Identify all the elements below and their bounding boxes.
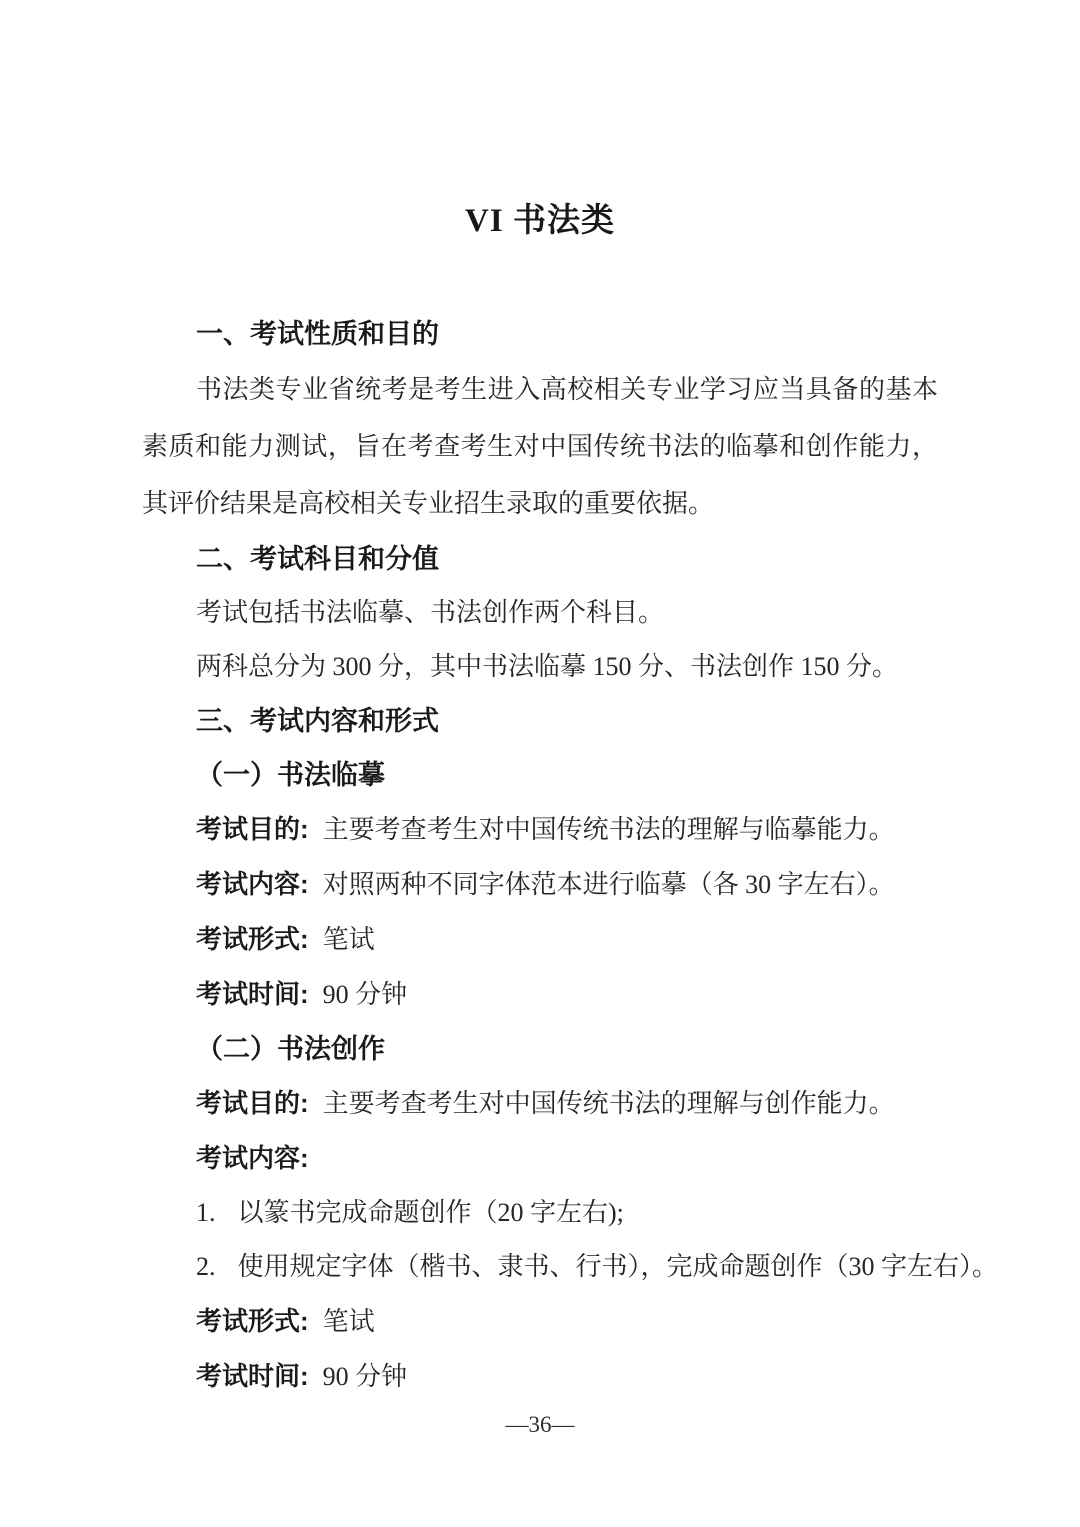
document-page: VI 书法类 一、考试性质和目的 书法类专业省统考是考生进入高校相关专业学习应当… — [0, 0, 1080, 1527]
intro-line-2: 素质和能力测试，旨在考查考生对中国传统书法的临摹和创作能力， — [142, 418, 938, 475]
part1-form-text: 笔试 — [323, 925, 375, 954]
part1-time-line: 考试时间:90 分钟 — [142, 967, 938, 1022]
part2-form-line: 考试形式:笔试 — [142, 1294, 938, 1349]
part2-list-item-1: 1.以篆书完成命题创作（20 字左右); — [142, 1186, 938, 1240]
list-item-2-number: 2. — [196, 1252, 216, 1281]
section-1-heading: 一、考试性质和目的 — [142, 307, 938, 361]
part1-content-text: 对照两种不同字体范本进行临摹（各 30 字左右）。 — [323, 870, 895, 899]
part2-content-label-line: 考试内容: — [142, 1131, 938, 1186]
subjects-line-1: 考试包括书法临摹、书法创作两个科目。 — [142, 586, 938, 640]
section-2-heading: 二、考试科目和分值 — [142, 532, 938, 586]
intro-line-3: 其评价结果是高校相关专业招生录取的重要依据。 — [142, 475, 938, 532]
part1-time-label: 考试时间: — [196, 979, 309, 1009]
part2-form-label: 考试形式: — [196, 1306, 309, 1336]
list-item-1-number: 1. — [196, 1198, 216, 1227]
part1-form-line: 考试形式:笔试 — [142, 912, 938, 967]
part1-content-label: 考试内容: — [196, 869, 309, 899]
part2-time-text: 90 分钟 — [323, 1362, 408, 1391]
part2-content-label: 考试内容: — [196, 1143, 309, 1173]
part1-purpose-line: 考试目的:主要考查考生对中国传统书法的理解与临摹能力。 — [142, 802, 938, 857]
subjects-line-2: 两科总分为 300 分，其中书法临摹 150 分、书法创作 150 分。 — [142, 640, 938, 694]
part1-purpose-label: 考试目的: — [196, 814, 309, 844]
section-3-heading: 三、考试内容和形式 — [142, 694, 938, 748]
list-item-1-text: 以篆书完成命题创作（20 字左右); — [238, 1198, 624, 1227]
page-title: VI 书法类 — [142, 199, 938, 243]
page-number: —36— — [142, 1410, 938, 1440]
part2-purpose-line: 考试目的:主要考查考生对中国传统书法的理解与创作能力。 — [142, 1076, 938, 1131]
part2-time-line: 考试时间:90 分钟 — [142, 1349, 938, 1404]
part1-purpose-text: 主要考查考生对中国传统书法的理解与临摹能力。 — [323, 815, 895, 844]
part-2-heading: （二）书法创作 — [142, 1022, 938, 1076]
part2-time-label: 考试时间: — [196, 1361, 309, 1391]
page-content: VI 书法类 一、考试性质和目的 书法类专业省统考是考生进入高校相关专业学习应当… — [142, 0, 938, 1440]
part2-form-text: 笔试 — [323, 1307, 375, 1336]
part1-content-line: 考试内容:对照两种不同字体范本进行临摹（各 30 字左右）。 — [142, 857, 938, 912]
part2-purpose-text: 主要考查考生对中国传统书法的理解与创作能力。 — [323, 1089, 895, 1118]
part-1-heading: （一）书法临摹 — [142, 748, 938, 802]
intro-paragraph: 书法类专业省统考是考生进入高校相关专业学习应当具备的基本 素质和能力测试，旨在考… — [142, 361, 938, 532]
list-item-2-text: 使用规定字体（楷书、隶书、行书），完成命题创作（30 字左右）。 — [238, 1252, 999, 1281]
part2-purpose-label: 考试目的: — [196, 1088, 309, 1118]
intro-line-1: 书法类专业省统考是考生进入高校相关专业学习应当具备的基本 — [142, 361, 938, 418]
part1-time-text: 90 分钟 — [323, 980, 408, 1009]
part1-form-label: 考试形式: — [196, 924, 309, 954]
part2-list-item-2: 2.使用规定字体（楷书、隶书、行书），完成命题创作（30 字左右）。 — [142, 1240, 938, 1294]
